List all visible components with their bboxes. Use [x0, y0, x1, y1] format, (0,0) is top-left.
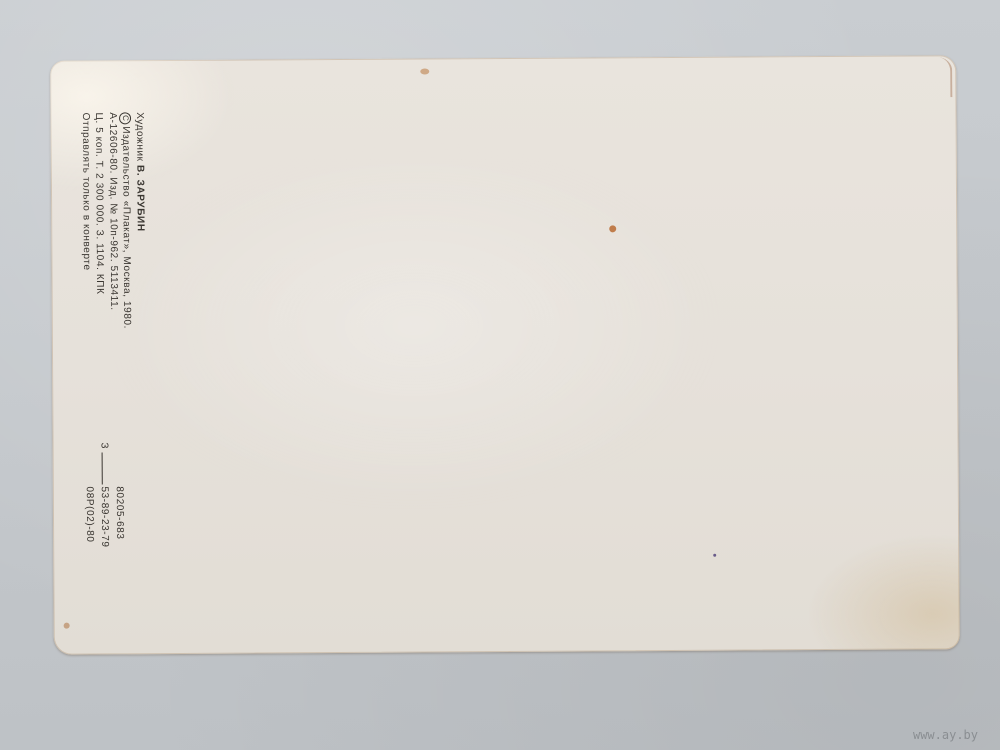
mailing-note: Отправлять только в конверте — [79, 113, 94, 433]
corner-wear — [932, 57, 952, 97]
code-top: 80205-683 — [114, 486, 125, 539]
fraction-rule — [102, 452, 103, 484]
copyright-icon: C — [120, 112, 132, 124]
publisher-imprint: Художник В. ЗАРУБИН CИздательство «Плака… — [79, 112, 148, 432]
publisher-line: CИздательство «Плакат», Москва, 1980. — [119, 112, 134, 432]
artist-name: В. ЗАРУБИН — [134, 165, 145, 232]
ink-dot — [713, 554, 716, 557]
stain-mark — [64, 623, 70, 629]
code-lead: З — [99, 442, 110, 449]
artist-line: Художник В. ЗАРУБИН — [133, 112, 148, 432]
code-right: 53-89-23-79 — [99, 486, 110, 547]
postcard-back: Художник В. ЗАРУБИН CИздательство «Плака… — [50, 55, 960, 655]
stain-mark — [420, 68, 429, 74]
stain-mark — [609, 225, 616, 232]
code-bottom: 08Р(02)-80 — [84, 487, 95, 543]
catalog-codes: 80205-683 З 53-89-23-79 08Р(02)-80 — [81, 442, 126, 602]
artist-prefix: Художник — [134, 112, 145, 161]
order-line: А-12606-80. Изд. № 10п-962. 5113411. — [106, 112, 121, 432]
watermark: www.ay.by — [913, 728, 978, 742]
price-line: Ц. 5 коп. Т. 2 300 000. З. 1104. КПК — [92, 112, 107, 432]
publisher-text: Издательство «Плакат», Москва, 1980. — [121, 126, 133, 329]
